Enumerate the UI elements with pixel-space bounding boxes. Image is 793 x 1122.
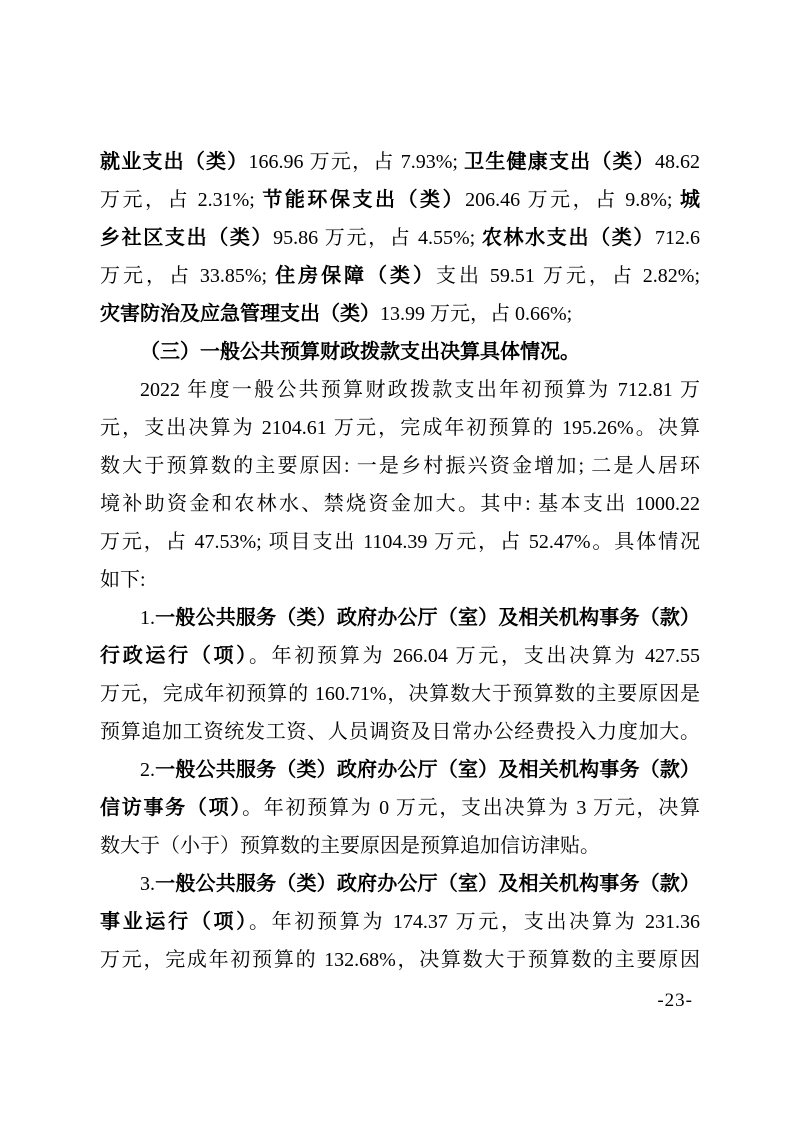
text-run: 万元，完成年初预算的 160.71%，决算数大于预算数的主要原因是	[100, 683, 700, 705]
text-line: 预算追加工资统发工资、人员调资及日常办公经费投入力度加大。	[100, 713, 700, 751]
text-run: 万元，占 2.31%;	[100, 189, 262, 211]
document-page: { "page": { "background": "#ffffff", "te…	[0, 0, 793, 1122]
document-body-text: 就业支出（类）166.96 万元，占 7.93%; 卫生健康支出（类）48.62…	[100, 143, 700, 979]
expenditure-category-bold: 城	[680, 189, 700, 211]
text-run: 712.6	[655, 227, 700, 249]
expenditure-category-bold: 乡社区支出（类）	[100, 227, 273, 249]
text-run: 48.62	[655, 151, 700, 173]
text-line: 灾害防治及应急管理支出（类）13.99 万元，占 0.66%;	[100, 295, 700, 333]
text-line: 数大于预算数的主要原因: 一是乡村振兴资金增加; 二是人居环	[100, 447, 700, 485]
text-run: 万元，占 33.85%;	[100, 265, 275, 287]
text-run: 万元，完成年初预算的 132.68%，决算数大于预算数的主要原因	[100, 949, 700, 971]
section-heading-text: （三）一般公共预算财政拨款支出决算具体情况。	[140, 341, 580, 363]
list-item-number: 1.	[140, 607, 155, 629]
page-number: -23-	[657, 990, 693, 1012]
list-item-number: 2.	[140, 759, 155, 781]
list-item-heading-bold: 一般公共服务（类）政府办公厅（室）及相关机构事务（款）	[155, 607, 700, 629]
list-item-heading-bold: 事业运行（项）	[100, 911, 249, 933]
text-run: 13.99 万元，占 0.66%;	[380, 303, 572, 325]
text-line: 事业运行（项）。年初预算为 174.37 万元，支出决算为 231.36	[100, 903, 700, 941]
text-run: 预算追加工资统发工资、人员调资及日常办公经费投入力度加大。	[100, 721, 700, 743]
list-item-number: 3.	[140, 873, 155, 895]
text-run: 数大于（小于）预算数的主要原因是预算追加信访津贴。	[100, 835, 600, 857]
text-run: 支出 59.51 万元，占 2.82%;	[436, 265, 700, 287]
text-line: 数大于（小于）预算数的主要原因是预算追加信访津贴。	[100, 827, 700, 865]
expenditure-category-bold: 灾害防治及应急管理支出（类）	[100, 303, 380, 325]
expenditure-category-bold: 农林水支出（类）	[482, 227, 655, 249]
text-line: 万元，占 47.53%; 项目支出 1104.39 万元，占 52.47%。具体…	[100, 523, 700, 561]
text-run: 如下:	[100, 569, 146, 591]
text-run: 。年初预算为 266.04 万元，支出决算为 427.55	[249, 645, 700, 667]
text-run: 。年初预算为 0 万元，支出决算为 3 万元，决算	[242, 797, 700, 819]
text-line: 2022 年度一般公共预算财政拨款支出年初预算为 712.81 万	[100, 371, 700, 409]
text-run: 万元，占 47.53%; 项目支出 1104.39 万元，占 52.47%。具体…	[100, 531, 700, 553]
text-run: 。年初预算为 174.37 万元，支出决算为 231.36	[249, 911, 700, 933]
text-line: 境补助资金和农林水、禁烧资金加大。其中: 基本支出 1000.22	[100, 485, 700, 523]
list-item-heading-bold: 信访事务（项）	[100, 797, 242, 819]
list-item-heading-bold: 行政运行（项）	[100, 645, 249, 667]
text-line: 就业支出（类）166.96 万元，占 7.93%; 卫生健康支出（类）48.62	[100, 143, 700, 181]
list-item-2-heading: 2.一般公共服务（类）政府办公厅（室）及相关机构事务（款）	[100, 751, 700, 789]
text-line: 万元，完成年初预算的 132.68%，决算数大于预算数的主要原因	[100, 941, 700, 979]
expenditure-category-bold: 节能环保支出（类）	[262, 189, 465, 211]
text-line: 如下:	[100, 561, 700, 599]
list-item-1-heading: 1.一般公共服务（类）政府办公厅（室）及相关机构事务（款）	[100, 599, 700, 637]
text-line: 信访事务（项）。年初预算为 0 万元，支出决算为 3 万元，决算	[100, 789, 700, 827]
expenditure-category-bold: 卫生健康支出（类）	[464, 151, 655, 173]
section-heading: （三）一般公共预算财政拨款支出决算具体情况。	[100, 333, 700, 371]
text-line: 万元，占 33.85%; 住房保障（类）支出 59.51 万元，占 2.82%;	[100, 257, 700, 295]
text-run: 数大于预算数的主要原因: 一是乡村振兴资金增加; 二是人居环	[100, 455, 700, 477]
text-run: 166.96 万元，占 7.93%;	[248, 151, 464, 173]
text-line: 乡社区支出（类）95.86 万元，占 4.55%; 农林水支出（类）712.6	[100, 219, 700, 257]
text-run: 元，支出决算为 2104.61 万元，完成年初预算的 195.26%。决算	[100, 417, 700, 439]
expenditure-category-bold: 住房保障（类）	[275, 265, 436, 287]
list-item-heading-bold: 一般公共服务（类）政府办公厅（室）及相关机构事务（款）	[155, 759, 700, 781]
text-run: 206.46 万元，占 9.8%;	[465, 189, 680, 211]
text-line: 行政运行（项）。年初预算为 266.04 万元，支出决算为 427.55	[100, 637, 700, 675]
text-line: 万元，占 2.31%; 节能环保支出（类）206.46 万元，占 9.8%; 城	[100, 181, 700, 219]
text-run: 2022 年度一般公共预算财政拨款支出年初预算为 712.81 万	[140, 379, 700, 401]
list-item-heading-bold: 一般公共服务（类）政府办公厅（室）及相关机构事务（款）	[155, 873, 700, 895]
text-line: 元，支出决算为 2104.61 万元，完成年初预算的 195.26%。决算	[100, 409, 700, 447]
expenditure-category-bold: 就业支出（类）	[100, 151, 248, 173]
list-item-3-heading: 3.一般公共服务（类）政府办公厅（室）及相关机构事务（款）	[100, 865, 700, 903]
text-run: 95.86 万元，占 4.55%;	[273, 227, 482, 249]
text-run: 境补助资金和农林水、禁烧资金加大。其中: 基本支出 1000.22	[100, 493, 700, 515]
text-line: 万元，完成年初预算的 160.71%，决算数大于预算数的主要原因是	[100, 675, 700, 713]
